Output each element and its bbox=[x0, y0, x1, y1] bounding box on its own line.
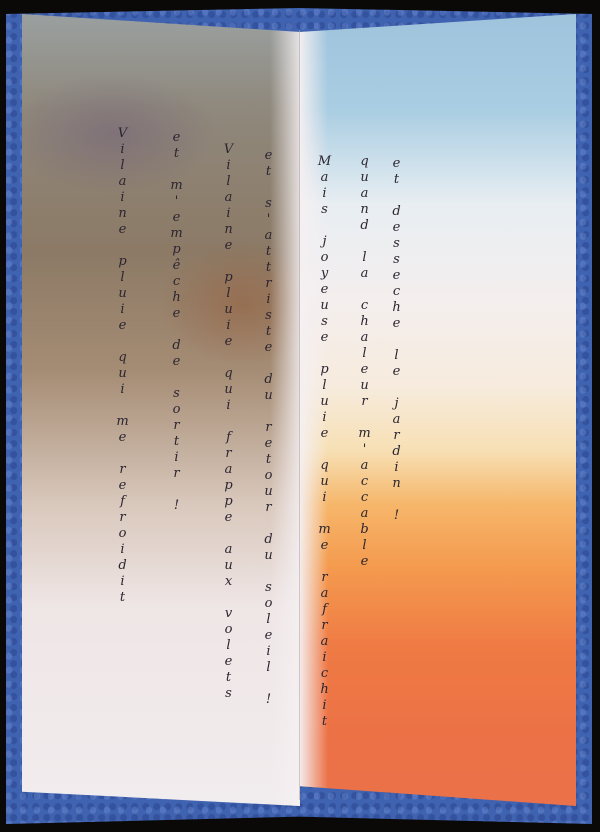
page-fold bbox=[299, 30, 300, 800]
poem-line-1: Vilaine pluie qui me refroidit bbox=[116, 126, 129, 606]
right-page: Mais joyeuse pluie qui me rafraichit qua… bbox=[300, 14, 576, 806]
poem-line-3: Vilaine pluie qui frappe aux volets bbox=[222, 142, 235, 702]
poem-line-4: et s'attriste du retour du soleil ! bbox=[262, 148, 275, 708]
poem-line-6: quand la chaleur m'accable bbox=[358, 154, 371, 570]
poem-line-5: Mais joyeuse pluie qui me rafraichit bbox=[318, 154, 331, 730]
left-page: Vilaine pluie qui me refroidit et m'empê… bbox=[22, 14, 300, 806]
poem-line-7: et desseche le jardin ! bbox=[390, 156, 403, 524]
poem-line-2: et m'empêche de sortir ! bbox=[170, 130, 183, 514]
